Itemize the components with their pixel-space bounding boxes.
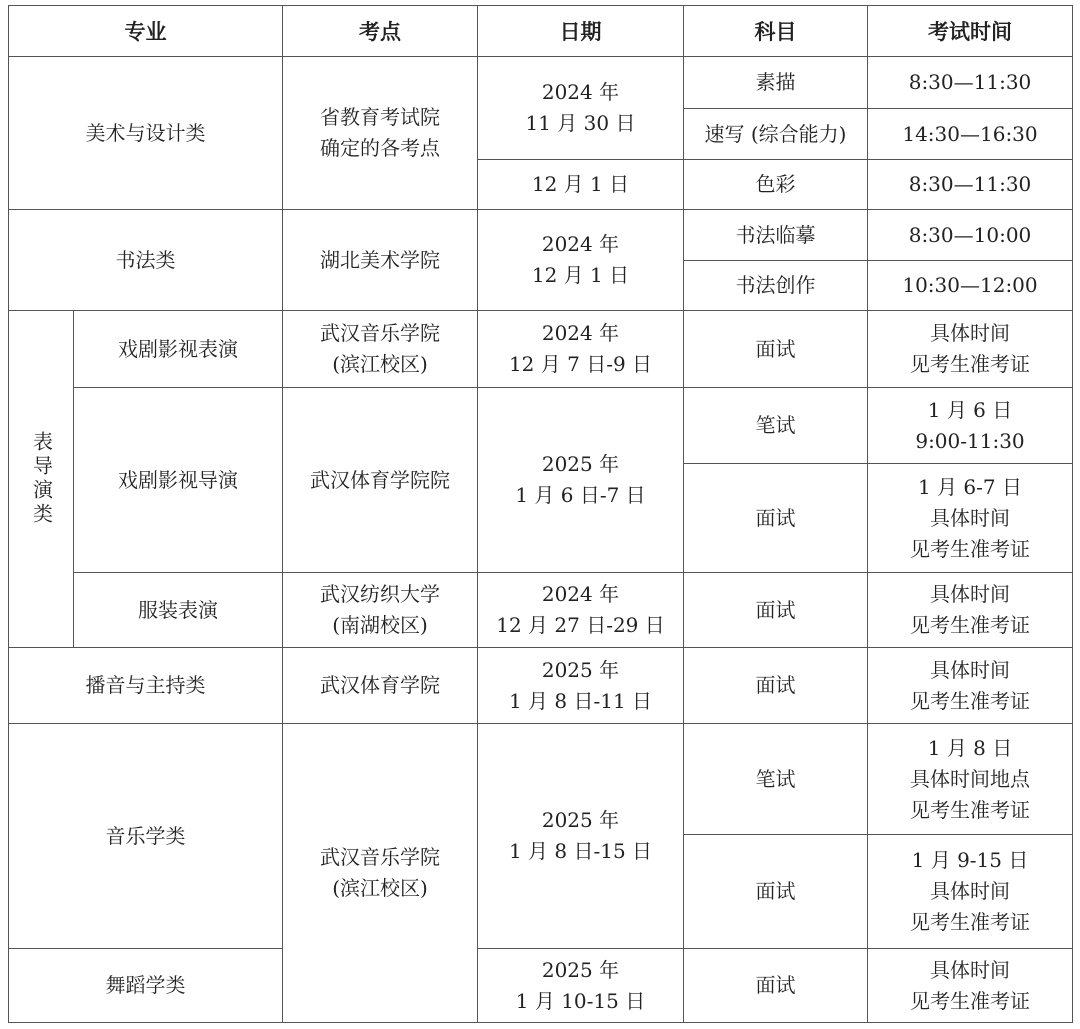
date-cell: 2025 年 1 月 8 日-11 日 bbox=[478, 648, 684, 724]
time-cell: 8:30—10:00 bbox=[868, 210, 1073, 261]
table-row: 舞蹈学类 2025 年 1 月 10-15 日 面试 具体时间 见考生准考证 bbox=[9, 949, 1073, 1023]
subject-cell: 面试 bbox=[684, 949, 868, 1023]
time-cell: 具体时间 见考生准考证 bbox=[868, 648, 1073, 724]
major-cell: 戏剧影视导演 bbox=[74, 388, 283, 573]
time-cell: 1 月 8 日 具体时间地点 见考生准考证 bbox=[868, 724, 1073, 835]
major-cell: 美术与设计类 bbox=[9, 57, 283, 210]
major-cell: 音乐学类 bbox=[9, 724, 283, 949]
table-row: 戏剧影视导演 武汉体育学院院 2025 年 1 月 6 日-7 日 笔试 1 月… bbox=[9, 388, 1073, 464]
table-row: 表导演类 戏剧影视表演 武汉音乐学院 (滨江校区) 2024 年 12 月 7 … bbox=[9, 311, 1073, 388]
header-exam-time: 考试时间 bbox=[868, 6, 1073, 57]
time-cell: 1 月 6 日 9:00-11:30 bbox=[868, 388, 1073, 464]
group-label: 表导演类 bbox=[26, 431, 57, 527]
date-cell: 12 月 1 日 bbox=[478, 160, 684, 210]
group-cell: 表导演类 bbox=[9, 311, 74, 648]
subject-cell: 书法临摹 bbox=[684, 210, 868, 261]
subject-cell: 色彩 bbox=[684, 160, 868, 210]
header-date: 日期 bbox=[478, 6, 684, 57]
header-row: 专业 考点 日期 科目 考试时间 bbox=[9, 6, 1073, 57]
subject-cell: 面试 bbox=[684, 311, 868, 388]
subject-cell: 笔试 bbox=[684, 724, 868, 835]
time-cell: 具体时间 见考生准考证 bbox=[868, 573, 1073, 648]
major-cell: 书法类 bbox=[9, 210, 283, 311]
major-cell: 服装表演 bbox=[74, 573, 283, 648]
date-cell: 2024 年 12 月 27 日-29 日 bbox=[478, 573, 684, 648]
header-subject: 科目 bbox=[684, 6, 868, 57]
venue-cell: 武汉体育学院 bbox=[283, 648, 478, 724]
subject-cell: 素描 bbox=[684, 57, 868, 109]
table-row: 美术与设计类 省教育考试院 确定的各考点 2024 年 11 月 30 日 素描… bbox=[9, 57, 1073, 109]
time-cell: 8:30—11:30 bbox=[868, 160, 1073, 210]
time-cell: 1 月 9-15 日 具体时间 见考生准考证 bbox=[868, 835, 1073, 949]
subject-cell: 面试 bbox=[684, 835, 868, 949]
subject-cell: 面试 bbox=[684, 573, 868, 648]
exam-schedule-table: 专业 考点 日期 科目 考试时间 美术与设计类 省教育考试院 确定的各考点 20… bbox=[8, 5, 1073, 1023]
time-cell: 1 月 6-7 日 具体时间 见考生准考证 bbox=[868, 464, 1073, 573]
time-cell: 8:30—11:30 bbox=[868, 57, 1073, 109]
date-cell: 2024 年 12 月 1 日 bbox=[478, 210, 684, 311]
date-cell: 2025 年 1 月 6 日-7 日 bbox=[478, 388, 684, 573]
major-cell: 播音与主持类 bbox=[9, 648, 283, 724]
header-major: 专业 bbox=[9, 6, 283, 57]
header-venue: 考点 bbox=[283, 6, 478, 57]
time-cell: 具体时间 见考生准考证 bbox=[868, 949, 1073, 1023]
table-row: 书法类 湖北美术学院 2024 年 12 月 1 日 书法临摹 8:30—10:… bbox=[9, 210, 1073, 261]
date-cell: 2025 年 1 月 10-15 日 bbox=[478, 949, 684, 1023]
venue-cell: 武汉纺织大学 (南湖校区) bbox=[283, 573, 478, 648]
venue-cell: 省教育考试院 确定的各考点 bbox=[283, 57, 478, 210]
date-cell: 2024 年 12 月 7 日-9 日 bbox=[478, 311, 684, 388]
subject-cell: 面试 bbox=[684, 648, 868, 724]
time-cell: 具体时间 见考生准考证 bbox=[868, 311, 1073, 388]
table-row: 音乐学类 武汉音乐学院 (滨江校区) 2025 年 1 月 8 日-15 日 笔… bbox=[9, 724, 1073, 835]
date-cell: 2024 年 11 月 30 日 bbox=[478, 57, 684, 160]
venue-cell: 武汉体育学院院 bbox=[283, 388, 478, 573]
table-row: 播音与主持类 武汉体育学院 2025 年 1 月 8 日-11 日 面试 具体时… bbox=[9, 648, 1073, 724]
date-cell: 2025 年 1 月 8 日-15 日 bbox=[478, 724, 684, 949]
major-cell: 戏剧影视表演 bbox=[74, 311, 283, 388]
subject-cell: 笔试 bbox=[684, 388, 868, 464]
table-row: 服装表演 武汉纺织大学 (南湖校区) 2024 年 12 月 27 日-29 日… bbox=[9, 573, 1073, 648]
subject-cell: 书法创作 bbox=[684, 261, 868, 311]
venue-cell: 武汉音乐学院 (滨江校区) bbox=[283, 724, 478, 1023]
time-cell: 14:30—16:30 bbox=[868, 109, 1073, 160]
subject-cell: 面试 bbox=[684, 464, 868, 573]
major-cell: 舞蹈学类 bbox=[9, 949, 283, 1023]
venue-cell: 湖北美术学院 bbox=[283, 210, 478, 311]
time-cell: 10:30—12:00 bbox=[868, 261, 1073, 311]
venue-cell: 武汉音乐学院 (滨江校区) bbox=[283, 311, 478, 388]
subject-cell: 速写 (综合能力) bbox=[684, 109, 868, 160]
